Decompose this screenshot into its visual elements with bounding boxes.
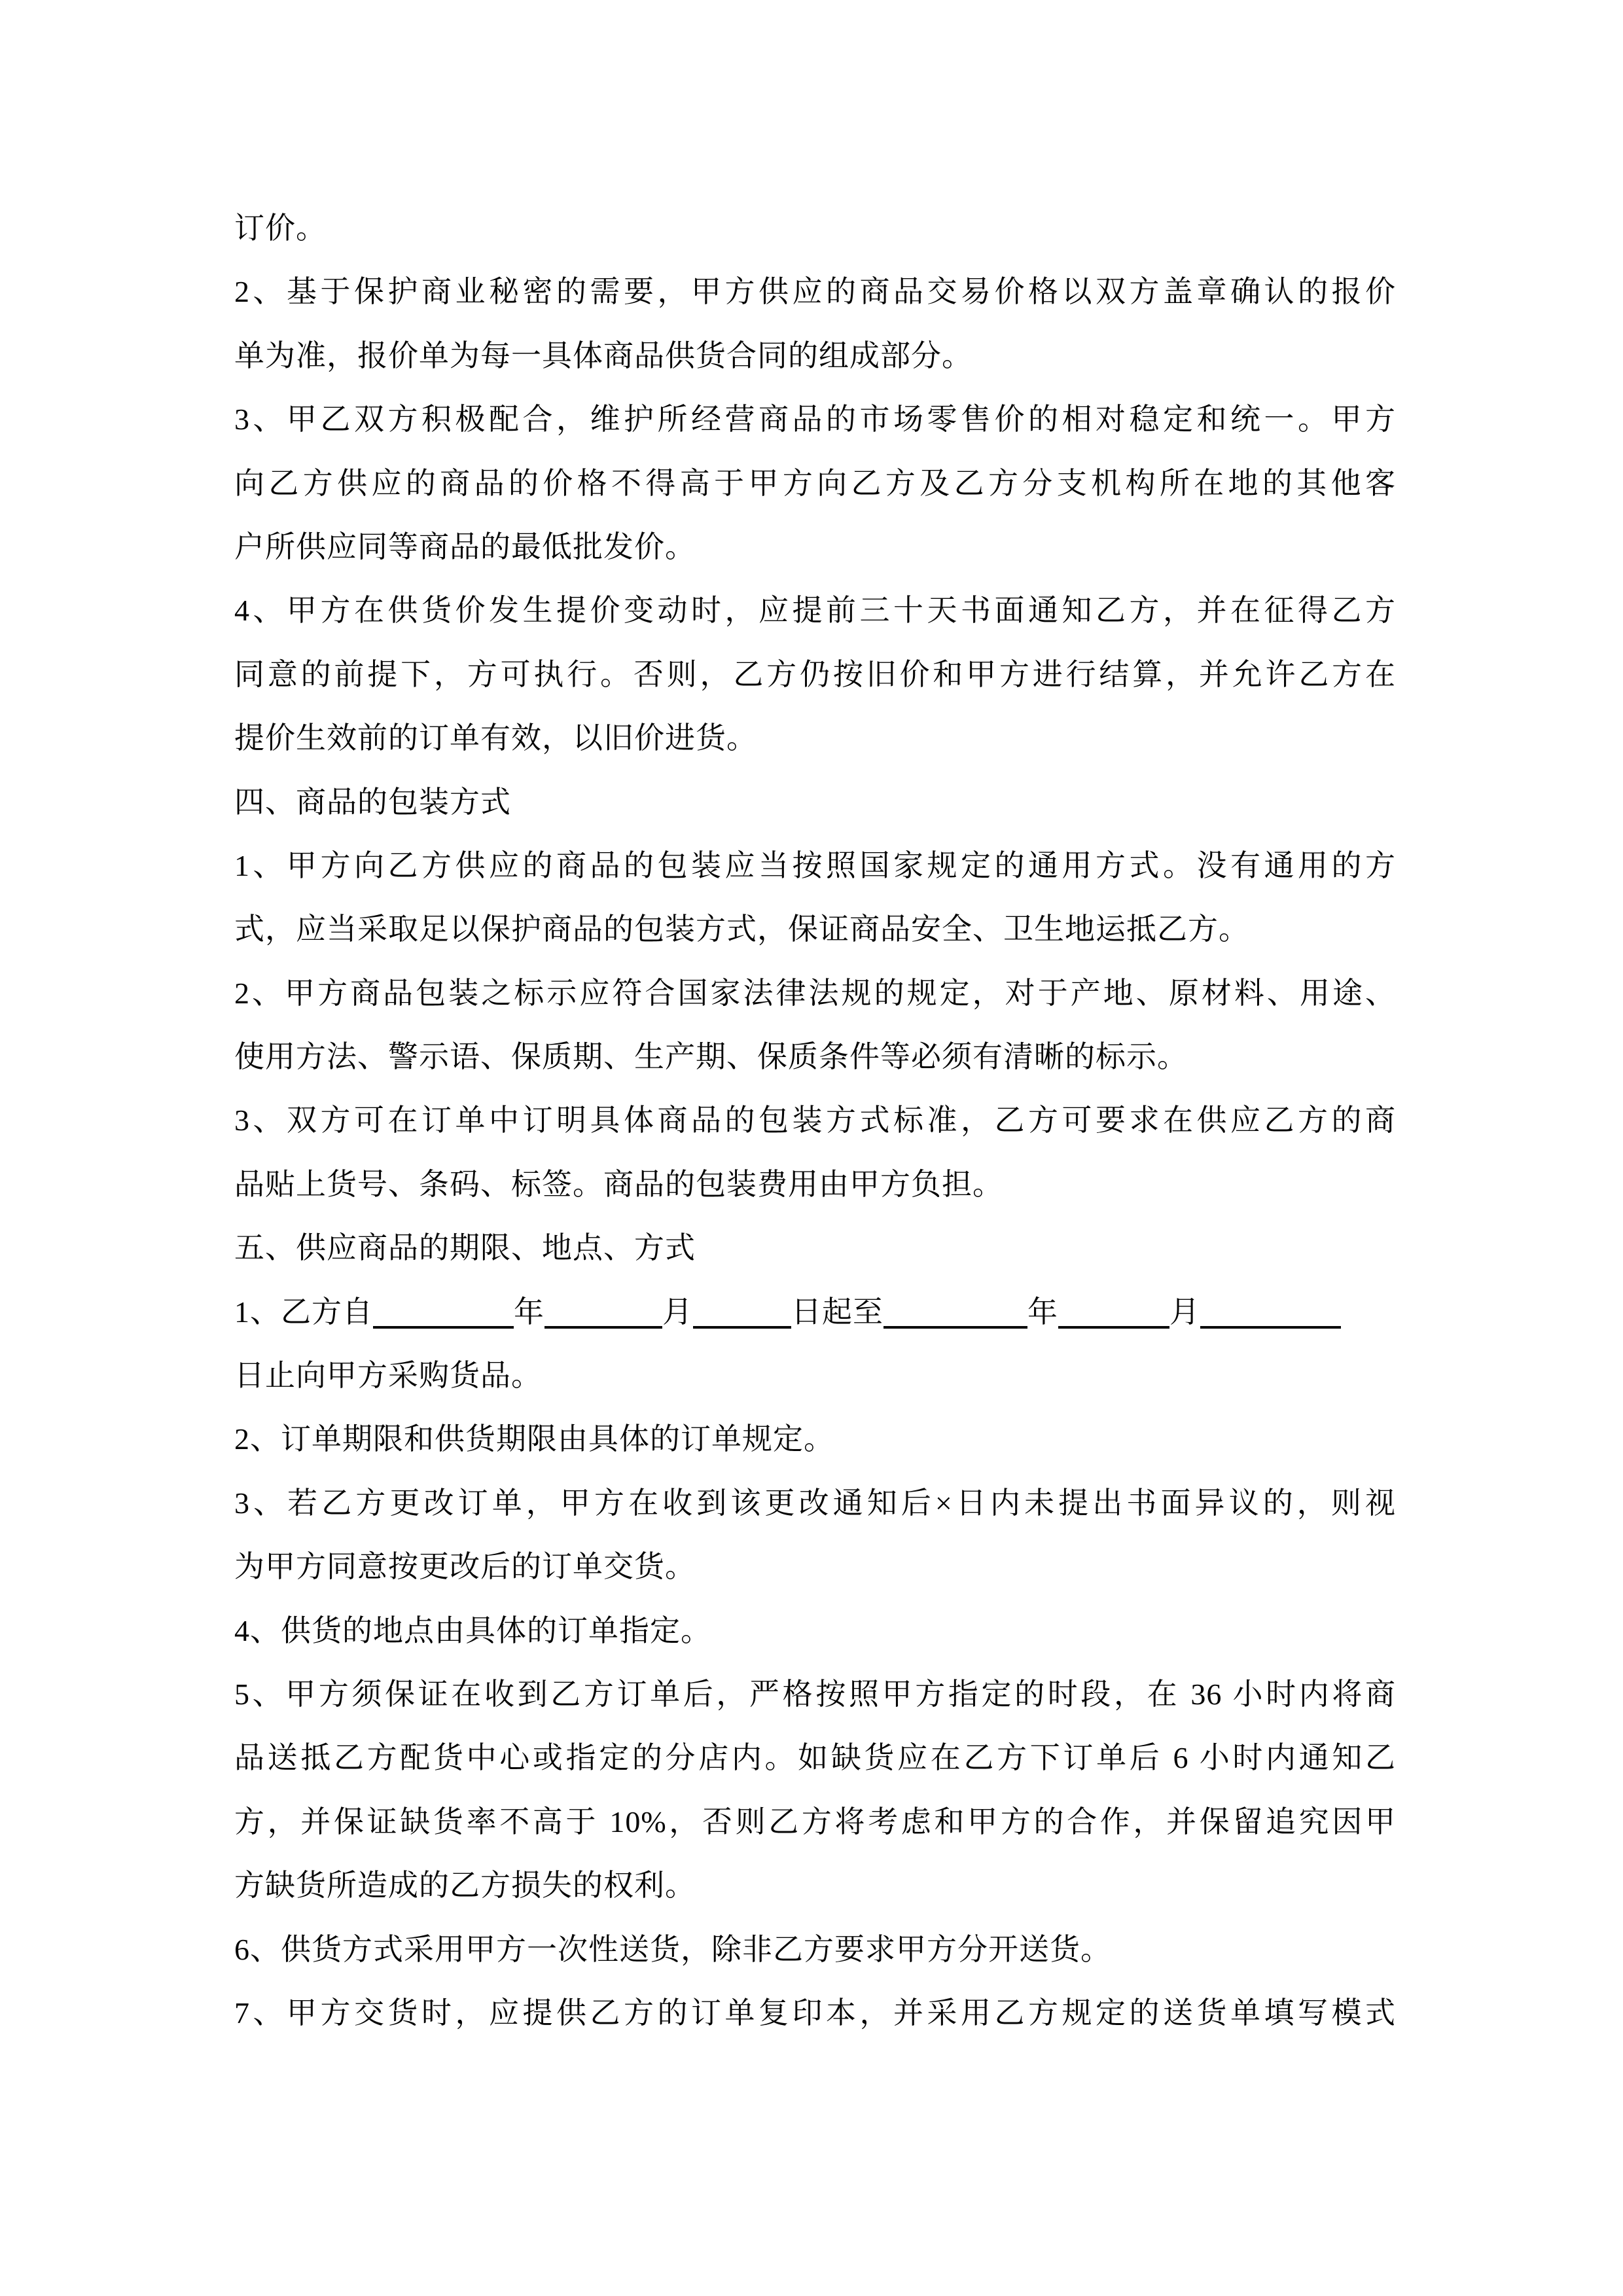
text-segment: 年 xyxy=(514,1295,544,1329)
text-line: 5、甲方须保证在收到乙方订单后，严格按照甲方指定的时段，在 36 小时内将商 xyxy=(234,1662,1396,1726)
fill-in-blank xyxy=(544,1326,662,1329)
text-line: 品送抵乙方配货中心或指定的分店内。如缺货应在乙方下订单后 6 小时内通知乙 xyxy=(234,1726,1396,1789)
text-segment: 1、乙方自 xyxy=(234,1295,373,1329)
text-line: 单为准，报价单为每一具体商品供货合同的组成部分。 xyxy=(234,324,1396,387)
text-segment: 月 xyxy=(662,1295,693,1329)
text-line: 4、供货的地点由具体的订单指定。 xyxy=(234,1599,1396,1662)
fill-in-blank xyxy=(373,1326,514,1329)
text-line: 7、甲方交货时，应提供乙方的订单复印本，并采用乙方规定的送货单填写模式 xyxy=(234,1981,1396,2045)
text-line: 2、订单期限和供货期限由具体的订单规定。 xyxy=(234,1407,1396,1471)
text-line: 为甲方同意按更改后的订单交货。 xyxy=(234,1535,1396,1598)
text-line: 日止向甲方采购货品。 xyxy=(234,1344,1396,1407)
text-segment: 日起至 xyxy=(791,1295,883,1329)
text-line: 四、商品的包装方式 xyxy=(234,770,1396,834)
text-line: 五、供应商品的期限、地点、方式 xyxy=(234,1216,1396,1280)
text-line: 3、若乙方更改订单，甲方在收到该更改通知后×日内未提出书面异议的，则视 xyxy=(234,1471,1396,1535)
text-line: 方，并保证缺货率不高于 10%，否则乙方将考虑和甲方的合作，并保留追究因甲 xyxy=(234,1790,1396,1854)
text-line: 品贴上货号、条码、标签。商品的包装费用由甲方负担。 xyxy=(234,1153,1396,1216)
text-line: 1、乙方自年月日起至年月 xyxy=(234,1280,1396,1344)
text-line: 4、甲方在供货价发生提价变动时，应提前三十天书面通知乙方，并在征得乙方 xyxy=(234,579,1396,642)
text-line: 3、甲乙双方积极配合，维护所经营商品的市场零售价的相对稳定和统一。甲方 xyxy=(234,387,1396,451)
fill-in-blank xyxy=(883,1326,1027,1329)
text-line: 提价生效前的订单有效，以旧价进货。 xyxy=(234,706,1396,770)
text-line: 订价。 xyxy=(234,196,1396,260)
fill-in-blank xyxy=(693,1326,791,1329)
text-line: 方缺货所造成的乙方损失的权利。 xyxy=(234,1854,1396,1917)
fill-in-blank xyxy=(1200,1326,1341,1329)
fill-in-blank xyxy=(1058,1326,1169,1329)
text-line: 式，应当采取足以保护商品的包装方式，保证商品安全、卫生地运抵乙方。 xyxy=(234,897,1396,961)
text-line: 2、甲方商品包装之标示应符合国家法律法规的规定，对于产地、原材料、用途、 xyxy=(234,961,1396,1025)
text-line: 2、基于保护商业秘密的需要，甲方供应的商品交易价格以双方盖章确认的报价 xyxy=(234,260,1396,323)
text-line: 1、甲方向乙方供应的商品的包装应当按照国家规定的通用方式。没有通用的方 xyxy=(234,834,1396,897)
text-segment: 年 xyxy=(1027,1295,1058,1329)
text-line: 3、双方可在订单中订明具体商品的包装方式标准，乙方可要求在供应乙方的商 xyxy=(234,1088,1396,1152)
text-line: 使用方法、警示语、保质期、生产期、保质条件等必须有清晰的标示。 xyxy=(234,1025,1396,1088)
text-line: 6、供货方式采用甲方一次性送货，除非乙方要求甲方分开送货。 xyxy=(234,1918,1396,1981)
text-line: 向乙方供应的商品的价格不得高于甲方向乙方及乙方分支机构所在地的其他客 xyxy=(234,452,1396,515)
text-line: 户所供应同等商品的最低批发价。 xyxy=(234,515,1396,579)
contract-text: 订价。2、基于保护商业秘密的需要，甲方供应的商品交易价格以双方盖章确认的报价单为… xyxy=(234,196,1396,2045)
document-page: 订价。2、基于保护商业秘密的需要，甲方供应的商品交易价格以双方盖章确认的报价单为… xyxy=(0,0,1623,2296)
text-line: 同意的前提下，方可执行。否则，乙方仍按旧价和甲方进行结算，并允许乙方在 xyxy=(234,643,1396,706)
text-segment: 月 xyxy=(1169,1295,1200,1329)
